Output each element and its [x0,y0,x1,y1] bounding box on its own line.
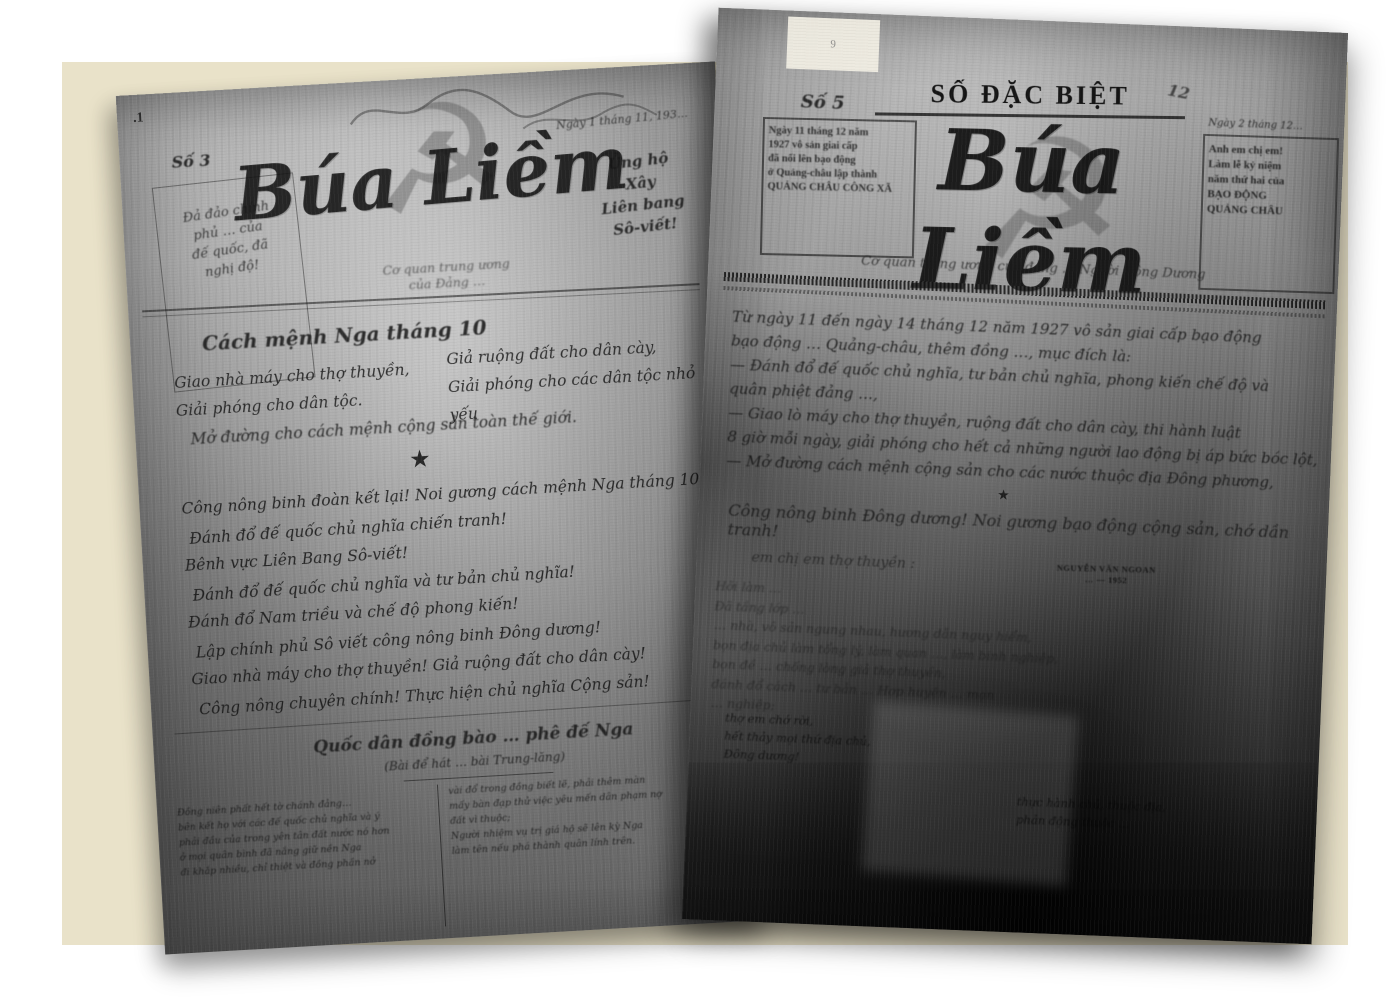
corner-mark: .1 [133,110,144,127]
star-icon: ★ [408,444,431,473]
archive-photo: .1 Số 3 Đả đảo chínhphủ … củađế quốc, đã… [0,0,1400,1000]
bottom-text-left: thợ em chớ rời,hết thảy mọi thứ địa chủ,… [723,709,1025,775]
left-newspaper-page: .1 Số 3 Đả đảo chínhphủ … củađế quốc, đã… [116,61,765,954]
body-text: Từ ngày 11 đến ngày 14 tháng 12 năm 1927… [726,305,1324,497]
archive-stamp: NGUYỄN VĂN NGOAN… — 1952 [1026,562,1186,588]
song-column-left: Đồng niên phất hết tờ chánh đảng…bên kết… [177,791,437,881]
support-slogan: Ủng hộXâyLiên bangSô-viết! [570,143,714,245]
archive-sticker: 9 [786,17,880,73]
slogan-list: Công nông binh đoàn kết lại! Noi gương c… [181,464,738,723]
issue-number: Số 3 [171,151,211,172]
faded-subheading: em chị em thợ thuyền : [751,549,915,572]
right-newspaper-page: 9 12 SỐ ĐẶC BIỆT Số 5 Ngày 11 tháng 12 n… [682,8,1348,945]
column-divider [437,785,446,927]
stamp-line: … — 1952 [1026,573,1186,588]
star-icon: ★ [997,487,1010,503]
